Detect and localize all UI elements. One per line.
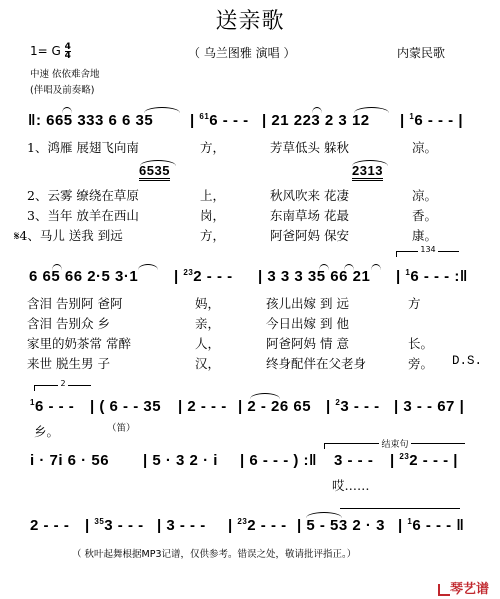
qinyipu-logo-icon [438, 584, 450, 596]
transcription-note: （ 秋叶起舞根据MP3记谱，仅供参考。错误之处，敬请批评指正。） [72, 546, 356, 560]
measure-2-2: | 232 - - - [174, 268, 233, 285]
measure-2-1: 6 65 66 2·5 3·1 [29, 268, 138, 285]
lyric-r2-v3-c: 阿爸阿妈 情 意 [266, 334, 349, 352]
measure-3-3: | 2 - - - [178, 398, 227, 415]
lyric-v4-d: 康。 [412, 226, 437, 244]
lyric-r2-v3-d: 长。 [408, 334, 433, 352]
measure-1-1: ‖: 665 333 6 6 35 [28, 112, 153, 129]
measure-3-6: | 3 - - 67 | [394, 398, 464, 415]
lyric-v1-c: 芳草低头 躲秋 [270, 138, 349, 156]
measure-5-5: | 5 - 53 2 · 3 [297, 517, 385, 534]
lyric-v2-b: 上， [200, 186, 225, 204]
measure-4-5: | 232 - - - | [390, 452, 458, 469]
lyric-r3: 乡。 [34, 422, 59, 440]
lyric-v1-d: 凉。 [412, 138, 437, 156]
lyric-r2-v2-b: 亲， [195, 314, 220, 332]
slur [138, 264, 158, 270]
time-signature: 44 [65, 43, 71, 60]
measure-4-1: i · 7i 6 · 56 [30, 452, 109, 469]
lyric-r2-v2-c: 今日出嫁 到 他 [266, 314, 349, 332]
flute-label: （笛） [107, 420, 136, 434]
lyric-r2-v4-d: 旁。 [408, 354, 433, 372]
measure-4-3: | 6 - - - ) :‖ [240, 452, 317, 469]
slur [371, 264, 381, 270]
lyric-r2-v4-a: 来世 脱生男 子 [27, 354, 110, 372]
measure-5-4: | 232 - - - [228, 517, 287, 534]
measure-4-4: 3 - - - [334, 452, 373, 469]
lyric-v3-a: 3、当年 放羊在西山 [27, 206, 139, 224]
volta-bracket-2: 2 [34, 385, 91, 391]
ending-bracket: 结束句 [324, 443, 465, 449]
performer: （ 乌兰图雅 演唱 ） [188, 44, 295, 61]
genre: 内蒙民歌 [397, 44, 445, 61]
measure-2-4: | 16 - - - :‖ [396, 268, 468, 285]
measure-4-2: | 5 · 3 2 · i [143, 452, 218, 469]
lyric-v1-b: 方， [200, 138, 225, 156]
measure-5-2: | 353 - - - [85, 517, 144, 534]
key-label: 1= G [30, 44, 61, 58]
lyric-r2-v2-a: 含泪 告别众 乡 [27, 314, 110, 332]
measure-2-3: | 3 3 3 35 66 21 [258, 268, 370, 285]
omission-note: (伴唱及前奏略) [30, 82, 94, 96]
volta-bracket-134: 134 [396, 251, 459, 257]
measure-1-2: | 616 - - - [190, 112, 249, 129]
measure-5-6: | 16 - - - ‖ [398, 517, 464, 534]
decrescendo-line [340, 508, 460, 509]
lyric-v4-c: 阿爸阿妈 保安 [270, 226, 349, 244]
alt-notes-v2-b: 2313 [352, 163, 383, 178]
alt-notes-v2-a: 6535 [139, 163, 170, 178]
measure-5-3: | 3 - - - [157, 517, 206, 534]
lyric-r2-v3-a: 家里的奶茶常 常醉 [27, 334, 131, 352]
measure-3-5: | 23 - - - [326, 398, 380, 415]
measure-3-1: 16 - - - [30, 398, 74, 415]
lyric-v4-a: 𝄋4、马儿 送我 到远 [14, 226, 123, 244]
measure-3-4: | 2 - 26 65 [238, 398, 311, 415]
measure-5-1: 2 - - - [30, 517, 69, 534]
measure-3-2: | ( 6 - - 35 [90, 398, 161, 415]
lyric-v2-d: 凉。 [412, 186, 437, 204]
lyric-v3-b: 岗， [200, 206, 225, 224]
lyric-r2-v1-a: 含泪 告别阿 爸阿 [27, 294, 122, 312]
measure-1-3: | 21 223 2 3 12 [262, 112, 370, 129]
lyric-r2-v3-b: 人， [195, 334, 220, 352]
lyric-r2-v4-b: 汉， [195, 354, 220, 372]
song-title: 送亲歌 [0, 4, 500, 35]
tempo-marking: 中速 依依难舍地 [30, 66, 100, 80]
lyric-v4-b: 方， [200, 226, 225, 244]
watermark: 琴艺谱 [438, 578, 489, 597]
lyric-r2-v4-c: 终身配伴在父老身 [266, 354, 366, 372]
lyric-r4: 哎…… [332, 476, 370, 494]
lyric-r2-v1-c: 孩儿出嫁 到 远 [266, 294, 349, 312]
key-signature: 1= G 44 [30, 43, 71, 60]
measure-1-4: | 16 - - - | [400, 112, 463, 129]
slur [312, 107, 322, 113]
slur [354, 107, 389, 113]
lyric-r2-v1-d: 方 [408, 294, 421, 312]
lyric-r2-v1-b: 妈， [195, 294, 220, 312]
dal-segno-marking: D.S. [452, 354, 482, 368]
lyric-v2-a: 2、云雾 缭绕在草原 [27, 186, 139, 204]
lyric-v1-a: 1、鸿雁 展翅飞向南 [27, 138, 139, 156]
lyric-v2-c: 秋风吹来 花凄 [270, 186, 349, 204]
lyric-v3-d: 香。 [412, 206, 437, 224]
lyric-v3-c: 东南草场 花最 [270, 206, 349, 224]
